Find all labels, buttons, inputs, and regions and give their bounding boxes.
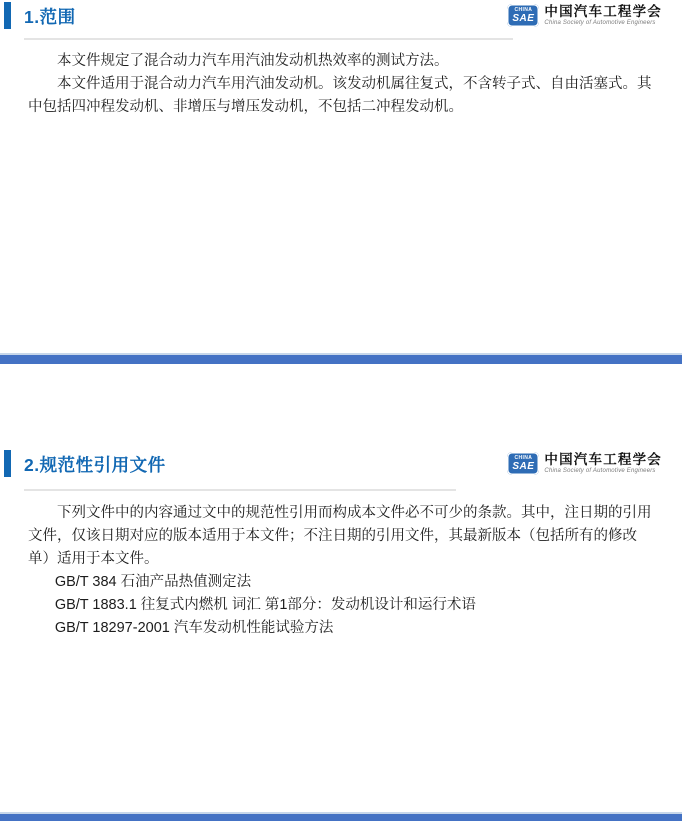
org-name-block: 中国汽车工程学会 China Society of Automotive Eng… [544,452,662,474]
header-rule [24,38,513,40]
org-name-en: China Society of Automotive Engineers [544,468,662,474]
slide-body: 下列文件中的内容通过文中的规范性引用而构成本文件必不可少的条款。其中，注日期的引… [28,502,656,640]
org-name-block: 中国汽车工程学会 China Society of Automotive Eng… [544,4,662,26]
slide-scope: 1.范围 CHINA SAE 中国汽车工程学会 China Society of… [0,0,682,364]
reference-item: GB/T 18297-2001 汽车发动机性能试验方法 [28,617,656,640]
org-name-en: China Society of Automotive Engineers [544,20,662,26]
body-paragraph: 本文件适用于混合动力汽车用汽油发动机。该发动机属往复式，不含转子式、自由活塞式。… [28,73,656,119]
body-paragraph: 下列文件中的内容通过文中的规范性引用而构成本文件必不可少的条款。其中，注日期的引… [28,502,656,571]
csae-logo: CHINA SAE 中国汽车工程学会 China Society of Auto… [507,4,662,27]
reference-item: GB/T 384 石油产品热值测定法 [28,571,656,594]
reference-list: GB/T 384 石油产品热值测定法 GB/T 1883.1 往复式内燃机 词汇… [28,571,656,640]
reference-item: GB/T 1883.1 往复式内燃机 词汇 第1部分：发动机设计和运行术语 [28,594,656,617]
section-title: 2.规范性引用文件 [24,452,166,477]
org-name-zh: 中国汽车工程学会 [544,4,662,19]
slide-normative-references: 2.规范性引用文件 CHINA SAE 中国汽车工程学会 China Socie… [0,448,682,821]
section-accent-bar [4,450,11,477]
body-paragraph: 本文件规定了混合动力汽车用汽油发动机热效率的测试方法。 [28,50,656,73]
slide-body: 本文件规定了混合动力汽车用汽油发动机热效率的测试方法。 本文件适用于混合动力汽车… [28,50,656,119]
slide-footer-bar [0,353,682,364]
sae-badge-icon: CHINA SAE [507,4,539,27]
slide-footer-bar [0,812,682,821]
sae-badge-icon: CHINA SAE [507,452,539,475]
section-title: 1.范围 [24,4,76,29]
org-name-zh: 中国汽车工程学会 [544,452,662,467]
sae-badge-acronym: SAE [512,461,534,472]
csae-logo: CHINA SAE 中国汽车工程学会 China Society of Auto… [507,452,662,475]
section-accent-bar [4,2,11,29]
sae-badge-acronym: SAE [512,13,534,24]
header-rule [24,489,456,491]
